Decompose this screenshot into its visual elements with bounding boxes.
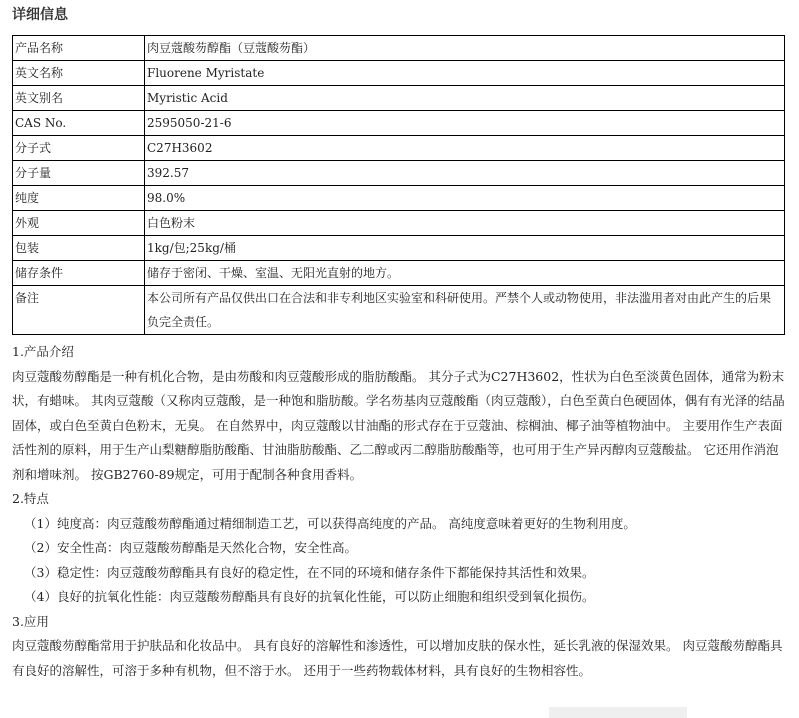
row-value: 392.57: [145, 161, 785, 186]
row-value: 白色粉末: [145, 211, 785, 236]
row-label: 分子式: [13, 136, 145, 161]
feature-item: （3）稳定性：肉豆蔻酸芴醇酯具有良好的稳定性，在不同的环境和储存条件下都能保持其…: [12, 561, 788, 586]
row-label: 纯度: [13, 186, 145, 211]
row-value: 1kg/包;25kg/桶: [145, 236, 785, 261]
product-description: 1.产品介绍 肉豆蔻酸芴醇酯是一种有机化合物，是由芴酸和肉豆蔻酸形成的脂肪酸酯。…: [12, 340, 788, 683]
row-label: 备注: [13, 286, 145, 335]
faint-placeholder-box: [549, 707, 687, 718]
table-row: 外观 白色粉末: [13, 211, 785, 236]
row-value: Myristic Acid: [145, 86, 785, 111]
applications-heading: 3.应用: [12, 610, 788, 635]
spec-table: 产品名称 肉豆蔻酸芴醇酯（豆蔻酸芴酯） 英文名称 Fluorene Myrist…: [12, 35, 785, 335]
table-row: 分子量 392.57: [13, 161, 785, 186]
row-label: 产品名称: [13, 36, 145, 61]
table-row: 产品名称 肉豆蔻酸芴醇酯（豆蔻酸芴酯）: [13, 36, 785, 61]
table-row: 英文名称 Fluorene Myristate: [13, 61, 785, 86]
intro-body: 肉豆蔻酸芴醇酯是一种有机化合物，是由芴酸和肉豆蔻酸形成的脂肪酸酯。 其分子式为C…: [12, 365, 788, 488]
row-value: 储存于密闭、干燥、室温、无阳光直射的地方。: [145, 261, 785, 286]
row-value: 2595050-21-6: [145, 111, 785, 136]
feature-item: （4）良好的抗氧化性能：肉豆蔻酸芴醇酯具有良好的抗氧化性能，可以防止细胞和组织受…: [12, 585, 788, 610]
feature-item: （1）纯度高：肉豆蔻酸芴醇酯通过精细制造工艺，可以获得高纯度的产品。 高纯度意味…: [12, 512, 788, 537]
table-row: 储存条件 储存于密闭、干燥、室温、无阳光直射的地方。: [13, 261, 785, 286]
row-label: 储存条件: [13, 261, 145, 286]
features-heading: 2.特点: [12, 487, 788, 512]
row-value: 肉豆蔻酸芴醇酯（豆蔻酸芴酯）: [145, 36, 785, 61]
row-value: 98.0%: [145, 186, 785, 211]
row-label: 包装: [13, 236, 145, 261]
table-row: CAS No. 2595050-21-6: [13, 111, 785, 136]
applications-body: 肉豆蔻酸芴醇酯常用于护肤品和化妆品中。 具有良好的溶解性和渗透性，可以增加皮肤的…: [12, 634, 788, 683]
row-label: 英文别名: [13, 86, 145, 111]
table-row: 备注 本公司所有产品仅供出口在合法和非专利地区实验室和科研使用。严禁个人或动物使…: [13, 286, 785, 335]
section-title: 详细信息: [12, 4, 68, 24]
row-label: 外观: [13, 211, 145, 236]
row-label: CAS No.: [13, 111, 145, 136]
table-row: 纯度 98.0%: [13, 186, 785, 211]
feature-item: （2）安全性高：肉豆蔻酸芴醇酯是天然化合物，安全性高。: [12, 536, 788, 561]
table-row: 分子式 C27H3602: [13, 136, 785, 161]
intro-heading: 1.产品介绍: [12, 340, 788, 365]
row-value: 本公司所有产品仅供出口在合法和非专利地区实验室和科研使用。严禁个人或动物使用，非…: [145, 286, 785, 335]
row-value: C27H3602: [145, 136, 785, 161]
table-row: 包装 1kg/包;25kg/桶: [13, 236, 785, 261]
row-label: 分子量: [13, 161, 145, 186]
table-row: 英文别名 Myristic Acid: [13, 86, 785, 111]
row-label: 英文名称: [13, 61, 145, 86]
row-value: Fluorene Myristate: [145, 61, 785, 86]
